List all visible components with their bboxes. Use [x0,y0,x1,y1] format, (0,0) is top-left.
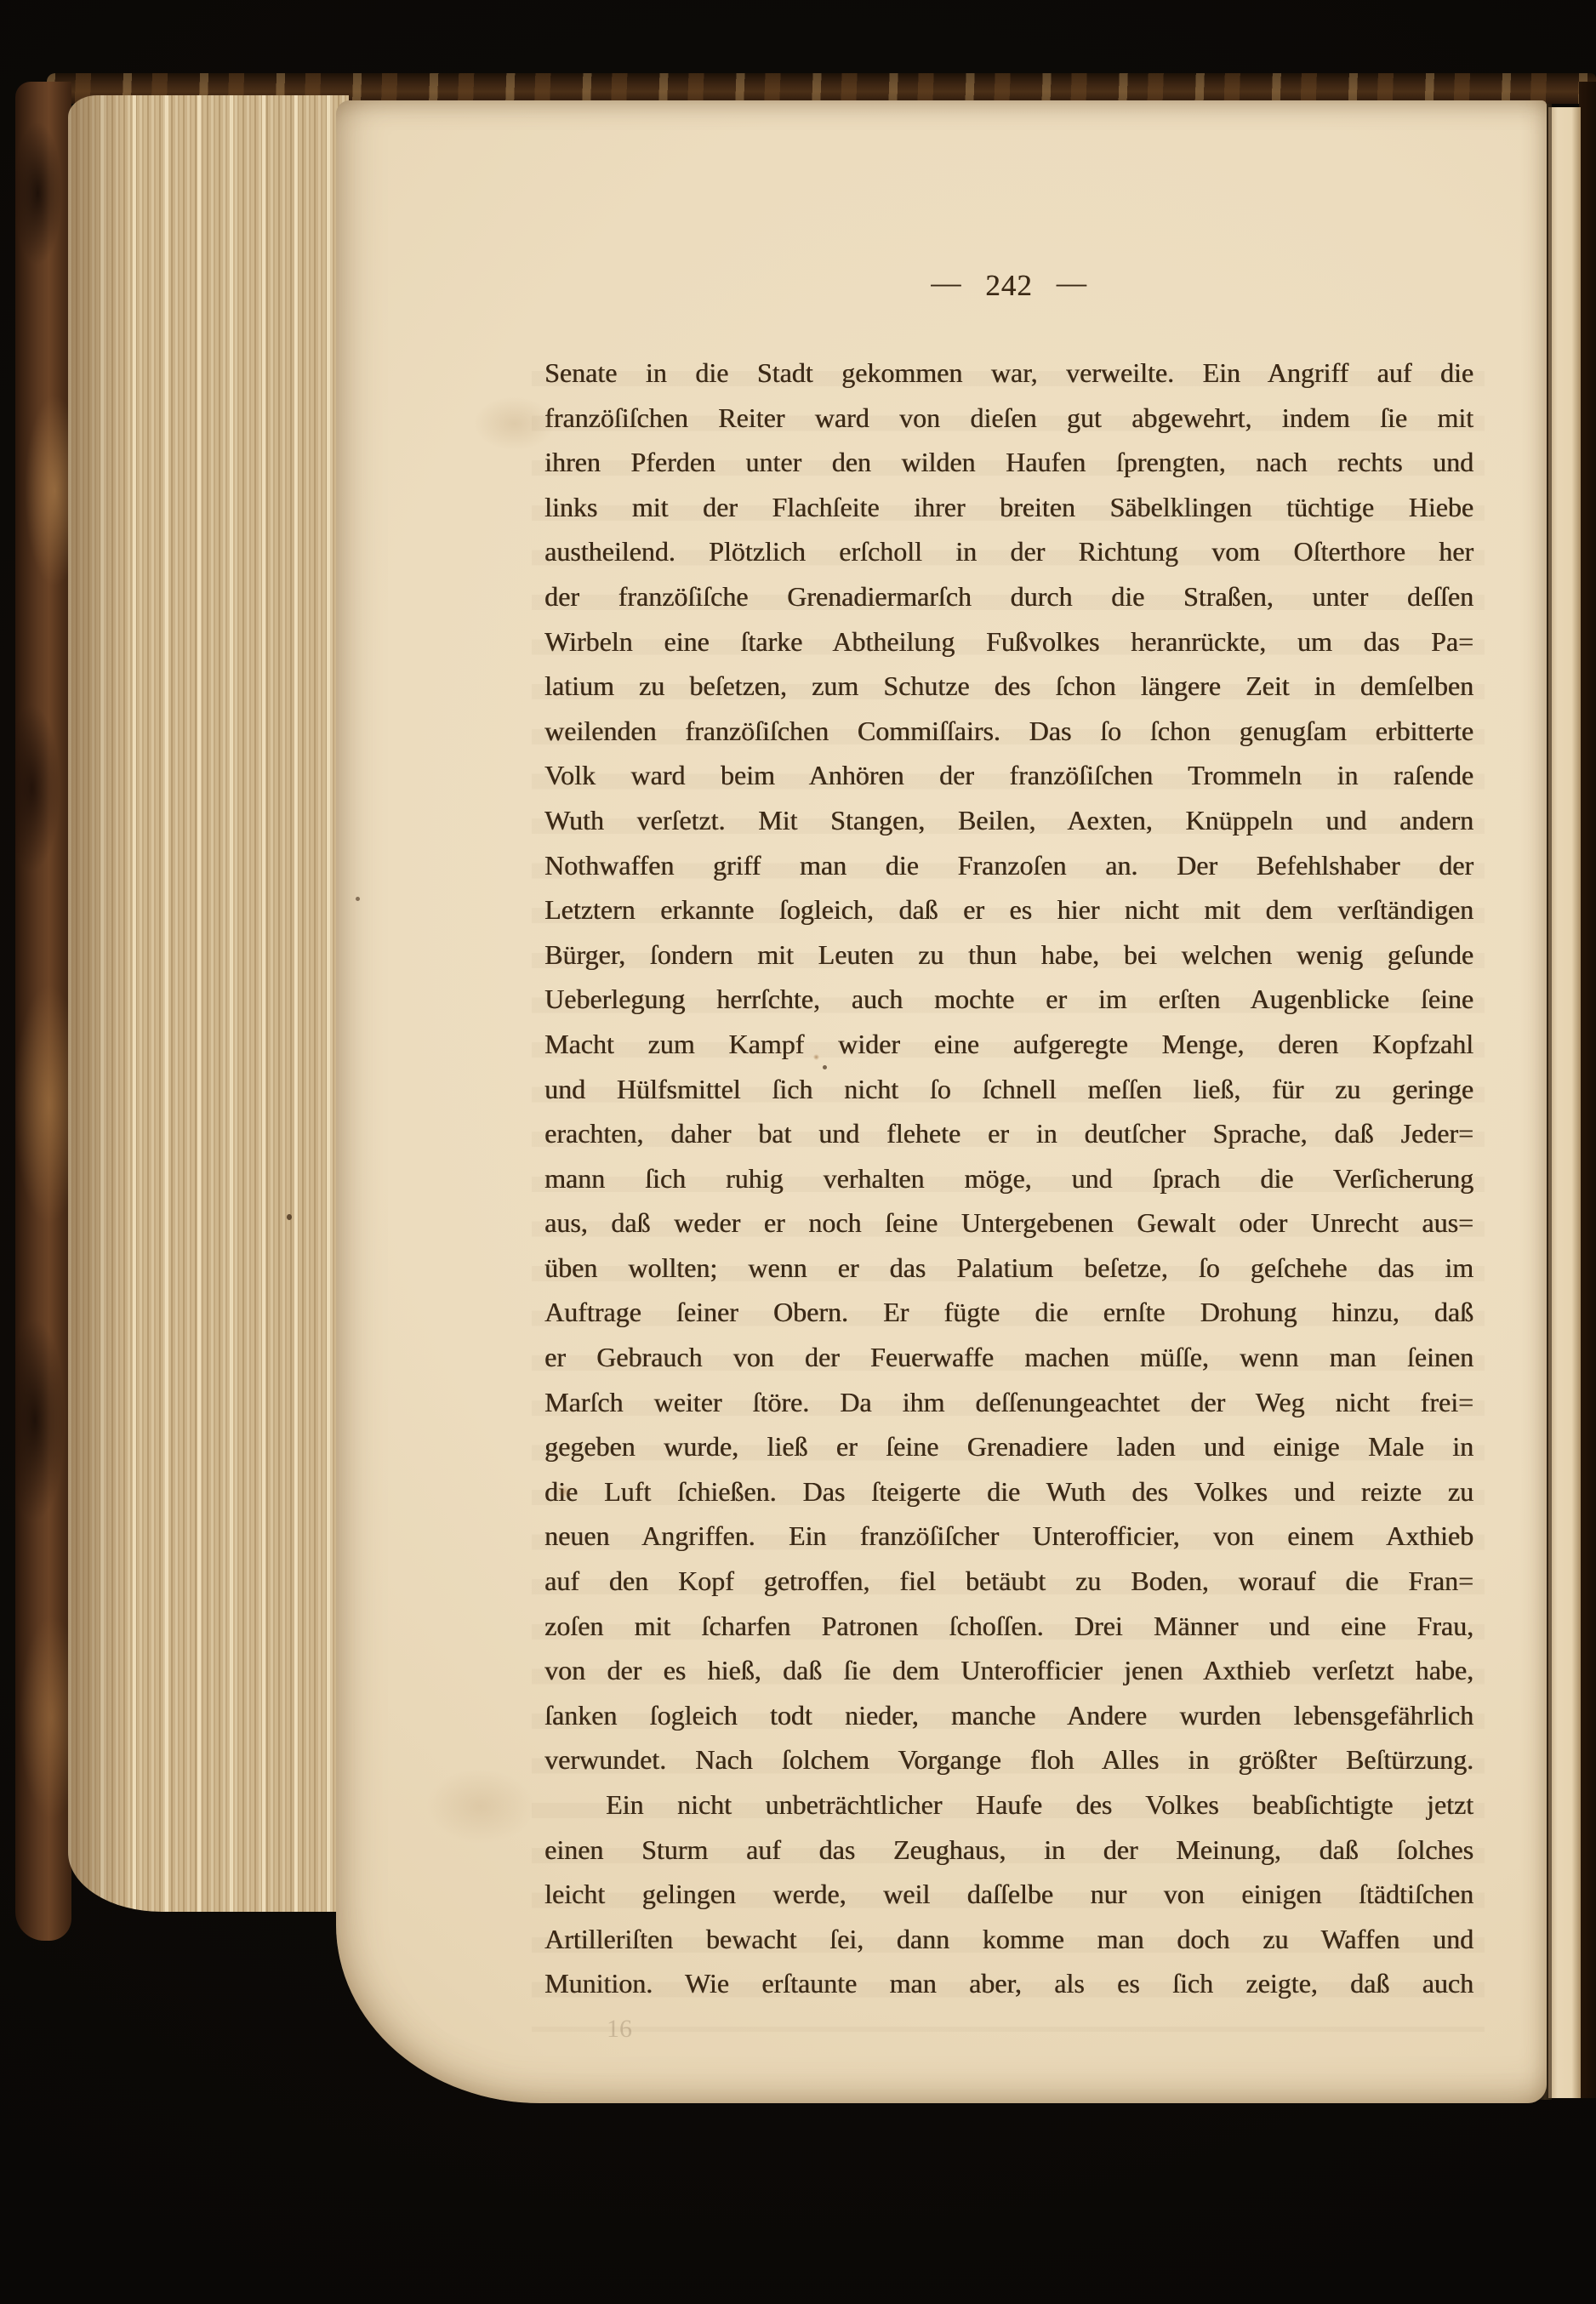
text-line: einen Sturm auf das Zeughaus, in der Mei… [544,1828,1473,1873]
header-dash-left: — [931,266,961,299]
text-line: mann ſich ruhig verhalten möge, und ſpra… [544,1156,1473,1201]
book-spine-leather [15,82,71,1941]
text-line: erachten, daher bat und flehete er in de… [544,1111,1473,1156]
text-line: zoſen mit ſcharfen Patronen ſchoſſen. Dr… [544,1604,1473,1649]
page-edges-left-stack [68,95,349,1912]
text-line: latium zu beſetzen, zum Schutze des ſcho… [544,664,1473,709]
text-line: die Luft ſchießen. Das ſteigerte die Wut… [544,1469,1473,1514]
text-line: austheilend. Plötzlich erſcholl in der R… [544,529,1473,574]
page-edge-right-strip [1548,107,1581,2098]
photo-background: —242— Senate in die Stadt gekommen war, … [0,0,1596,2304]
book-cover-right-edge [1579,82,1596,2098]
text-line: der franzöſiſche Grenadiermarſch durch d… [544,574,1473,619]
ink-speck [356,897,360,901]
ink-speck [823,1065,827,1069]
signature-showthrough-mark: 16 [607,2015,632,2044]
foxing-stain [413,1759,549,1853]
text-line: Letztern erkannte ſogleich, daß er es hi… [544,887,1473,932]
text-line: Senate in die Stadt gekommen war, verwei… [544,351,1473,396]
page-header: —242— [544,269,1473,303]
text-line: Wuth verſetzt. Mit Stangen, Beilen, Aext… [544,798,1473,843]
text-line: aus, daß weder er noch ſeine Untergebene… [544,1200,1473,1246]
text-line: weilenden franzöſiſchen Commiſſairs. Das… [544,709,1473,754]
text-line: verwundet. Nach ſolchem Vorgange floh Al… [544,1737,1473,1782]
text-line: links mit der Flachſeite ihrer breiten S… [544,485,1473,530]
text-line: ihren Pferden unter den wilden Haufen ſp… [544,440,1473,485]
text-line: Munition. Wie erſtaunte man aber, als es… [544,1961,1473,2006]
text-line: von der es hieß, daß ſie dem Unteroffici… [544,1648,1473,1693]
text-line: leicht gelingen werde, weil daſſelbe nur… [544,1872,1473,1917]
text-block: Senate in die Stadt gekommen war, verwei… [544,351,1473,2006]
text-line: Ein nicht unbeträchtlicher Haufe des Vol… [544,1782,1473,1828]
text-line: und Hülfsmittel ſich nicht ſo ſchnell me… [544,1067,1473,1112]
text-line: Macht zum Kampf wider eine aufgeregte Me… [544,1022,1473,1067]
text-line: Wirbeln eine ſtarke Abtheilung Fußvolkes… [544,619,1473,664]
book-page: —242— Senate in die Stadt gekommen war, … [336,100,1547,2103]
ink-speck [287,1214,292,1220]
header-dash-right: — [1057,266,1087,299]
text-line: Bürger, ſondern mit Leuten zu thun habe,… [544,932,1473,978]
text-line: er Gebrauch von der Feuerwaffe machen mü… [544,1335,1473,1380]
text-line: franzöſiſchen Reiter ward von dieſen gut… [544,396,1473,441]
page-number: 242 [985,269,1033,302]
text-line: Ueberlegung herrſchte, auch mochte er im… [544,977,1473,1022]
text-line: ſanken ſogleich todt nieder, manche Ande… [544,1693,1473,1738]
text-line: gegeben wurde, ließ er ſeine Grenadiere … [544,1424,1473,1469]
text-line: Artilleriſten bewacht ſei, dann komme ma… [544,1917,1473,1962]
text-line: üben wollten; wenn er das Palatium beſet… [544,1246,1473,1291]
text-line: Nothwaffen griff man die Franzoſen an. D… [544,843,1473,888]
text-line: Volk ward beim Anhören der franzöſiſchen… [544,753,1473,798]
text-line: neuen Angriffen. Ein franzöſiſcher Unter… [544,1514,1473,1559]
text-line: auf den Kopf getroffen, fiel betäubt zu … [544,1559,1473,1604]
text-line: Marſch weiter ſtöre. Da ihm deſſenungeac… [544,1380,1473,1425]
text-line: Auftrage ſeiner Obern. Er fügte die ernſ… [544,1290,1473,1335]
